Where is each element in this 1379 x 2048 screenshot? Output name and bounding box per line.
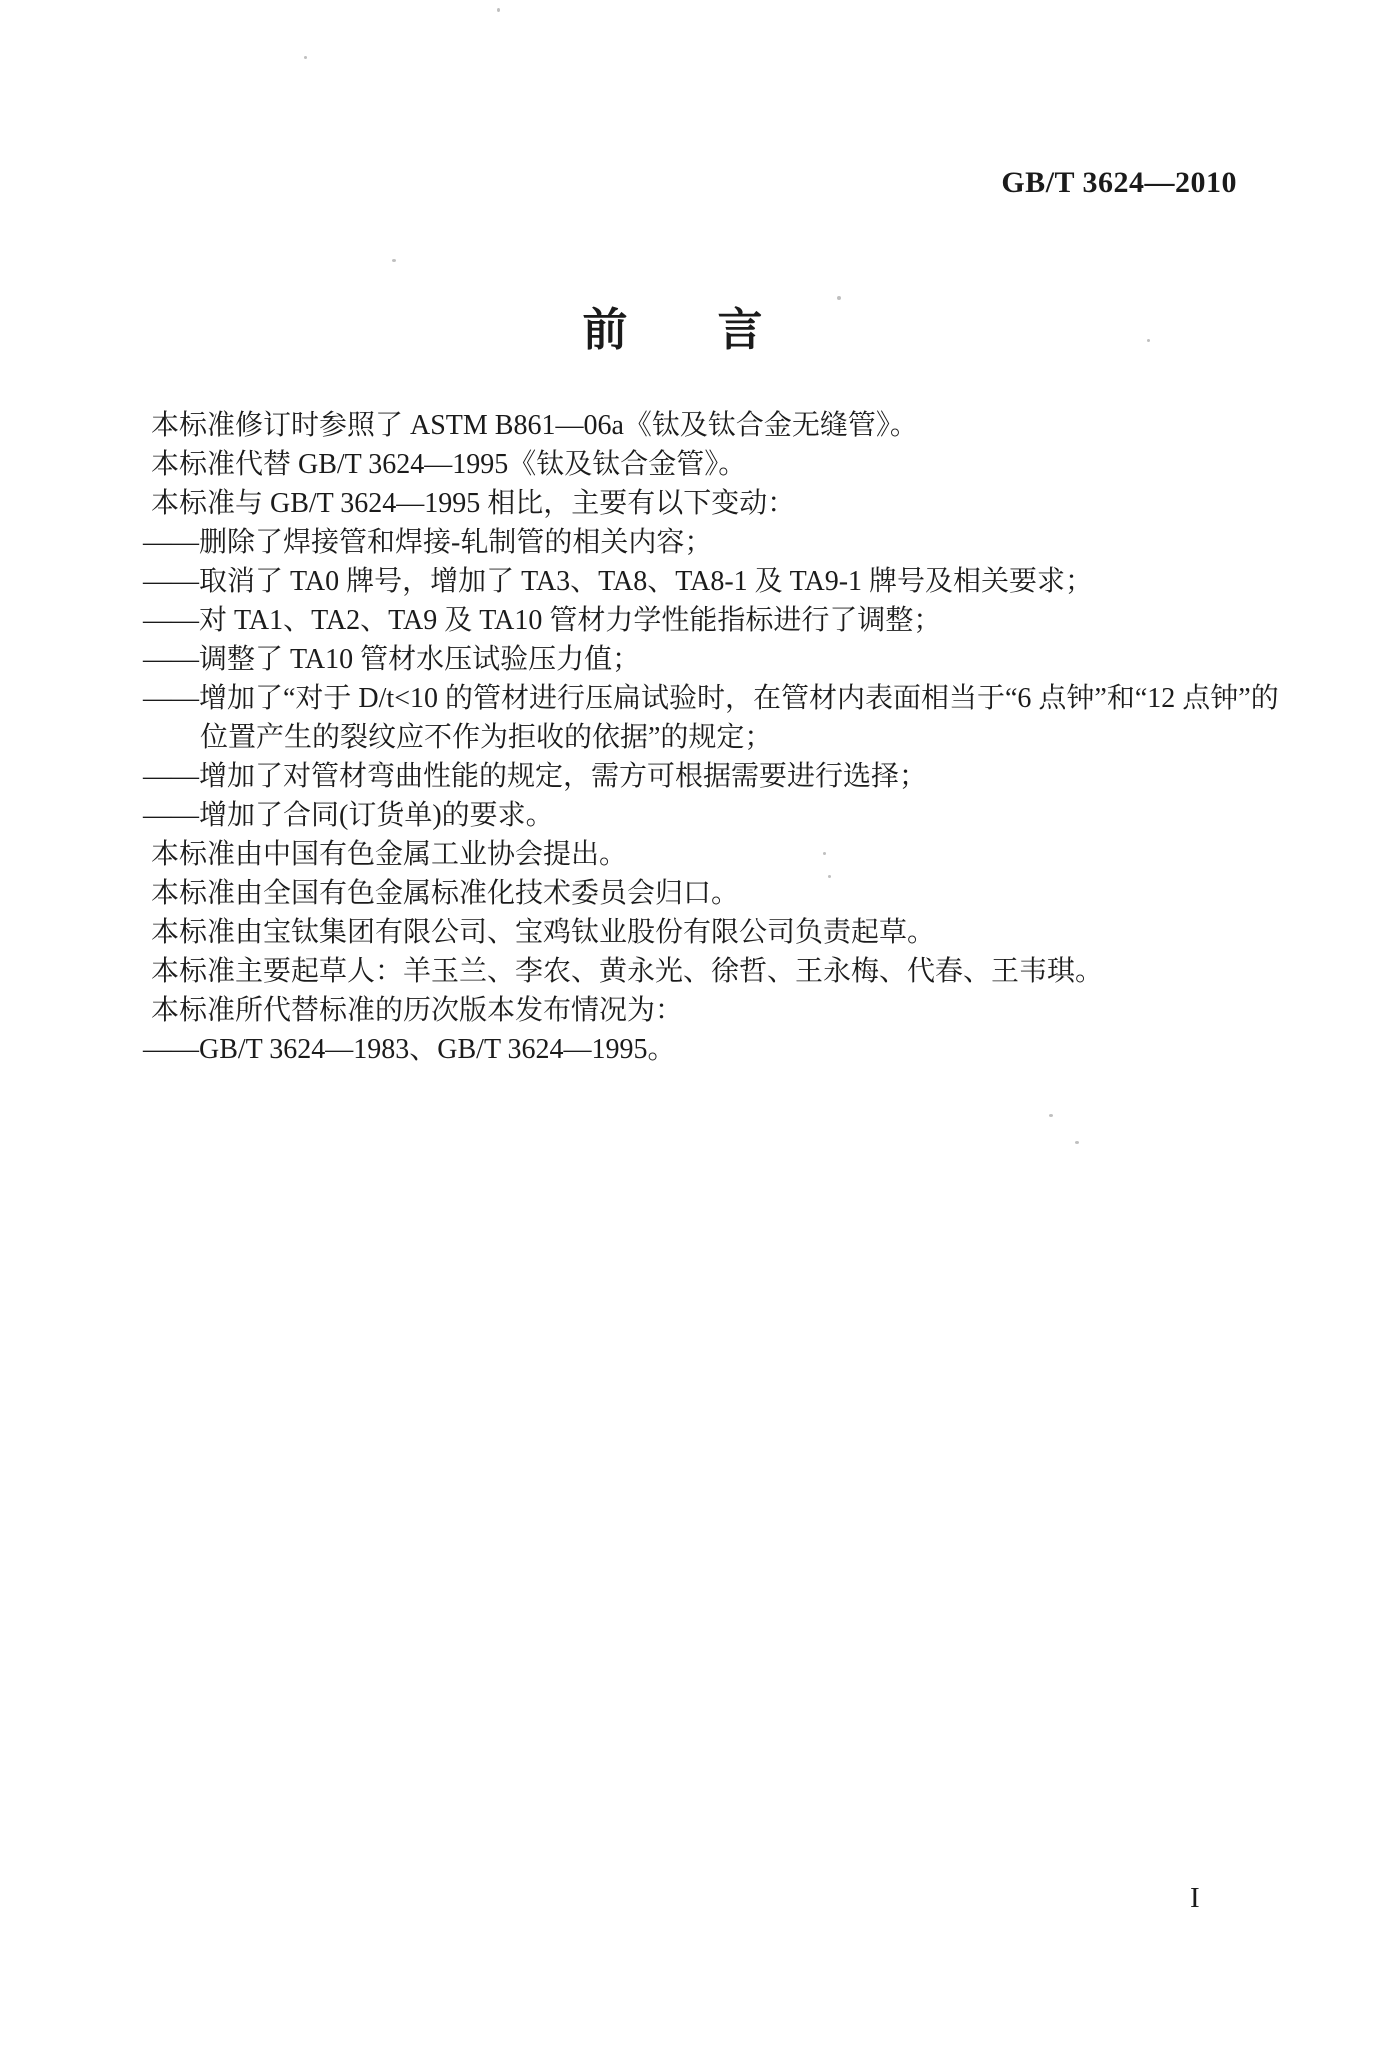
foreword-change-item: ——增加了“对于 D/t<10 的管材进行压扁试验时，在管材内表面相当于“6 点… <box>143 679 1253 718</box>
standard-code-header: GB/T 3624—2010 <box>1001 166 1237 200</box>
foreword-line: 本标准修订时参照了 ASTM B861—06a《钛及钛合金无缝管》。 <box>143 406 1253 445</box>
foreword-line: 本标准与 GB/T 3624—1995 相比，主要有以下变动： <box>143 484 1253 523</box>
foreword-line: 本标准所代替标准的历次版本发布情况为： <box>143 991 1253 1030</box>
document-page: GB/T 3624—2010 前 言 本标准修订时参照了 ASTM B861—0… <box>0 0 1379 2048</box>
scan-speck <box>828 875 831 878</box>
foreword-line: 本标准由全国有色金属标准化技术委员会归口。 <box>143 874 1253 913</box>
scan-speck <box>1147 339 1150 342</box>
foreword-change-item-continuation: 位置产生的裂纹应不作为拒收的依据”的规定； <box>143 718 1253 757</box>
foreword-change-item: ——删除了焊接管和焊接-轧制管的相关内容； <box>143 523 1253 562</box>
scan-speck <box>304 56 307 59</box>
scan-speck <box>392 259 396 262</box>
foreword-history-item: ——GB/T 3624—1983、GB/T 3624—1995。 <box>143 1030 1253 1069</box>
foreword-line: 本标准由宝钛集团有限公司、宝鸡钛业股份有限公司负责起草。 <box>143 913 1253 952</box>
foreword-change-item: ——增加了对管材弯曲性能的规定，需方可根据需要进行选择； <box>143 757 1253 796</box>
scan-speck <box>1049 1114 1053 1117</box>
foreword-line: 本标准主要起草人：羊玉兰、李农、黄永光、徐哲、王永梅、代春、王韦琪。 <box>143 952 1253 991</box>
foreword-change-item: ——增加了合同(订货单)的要求。 <box>143 796 1253 835</box>
scan-speck <box>497 8 500 12</box>
foreword-body: 本标准修订时参照了 ASTM B861—06a《钛及钛合金无缝管》。 本标准代替… <box>143 406 1253 1069</box>
page-title: 前 言 <box>0 293 1379 358</box>
scan-speck <box>823 852 826 855</box>
foreword-line: 本标准代替 GB/T 3624—1995《钛及钛合金管》。 <box>143 445 1253 484</box>
page-number: I <box>1190 1882 1200 1915</box>
foreword-line: 本标准由中国有色金属工业协会提出。 <box>143 835 1253 874</box>
foreword-change-item: ——调整了 TA10 管材水压试验压力值； <box>143 640 1253 679</box>
foreword-change-item: ——取消了 TA0 牌号，增加了 TA3、TA8、TA8-1 及 TA9-1 牌… <box>143 562 1253 601</box>
scan-speck <box>1075 1141 1079 1144</box>
scan-speck <box>837 296 841 300</box>
foreword-change-item: ——对 TA1、TA2、TA9 及 TA10 管材力学性能指标进行了调整； <box>143 601 1253 640</box>
